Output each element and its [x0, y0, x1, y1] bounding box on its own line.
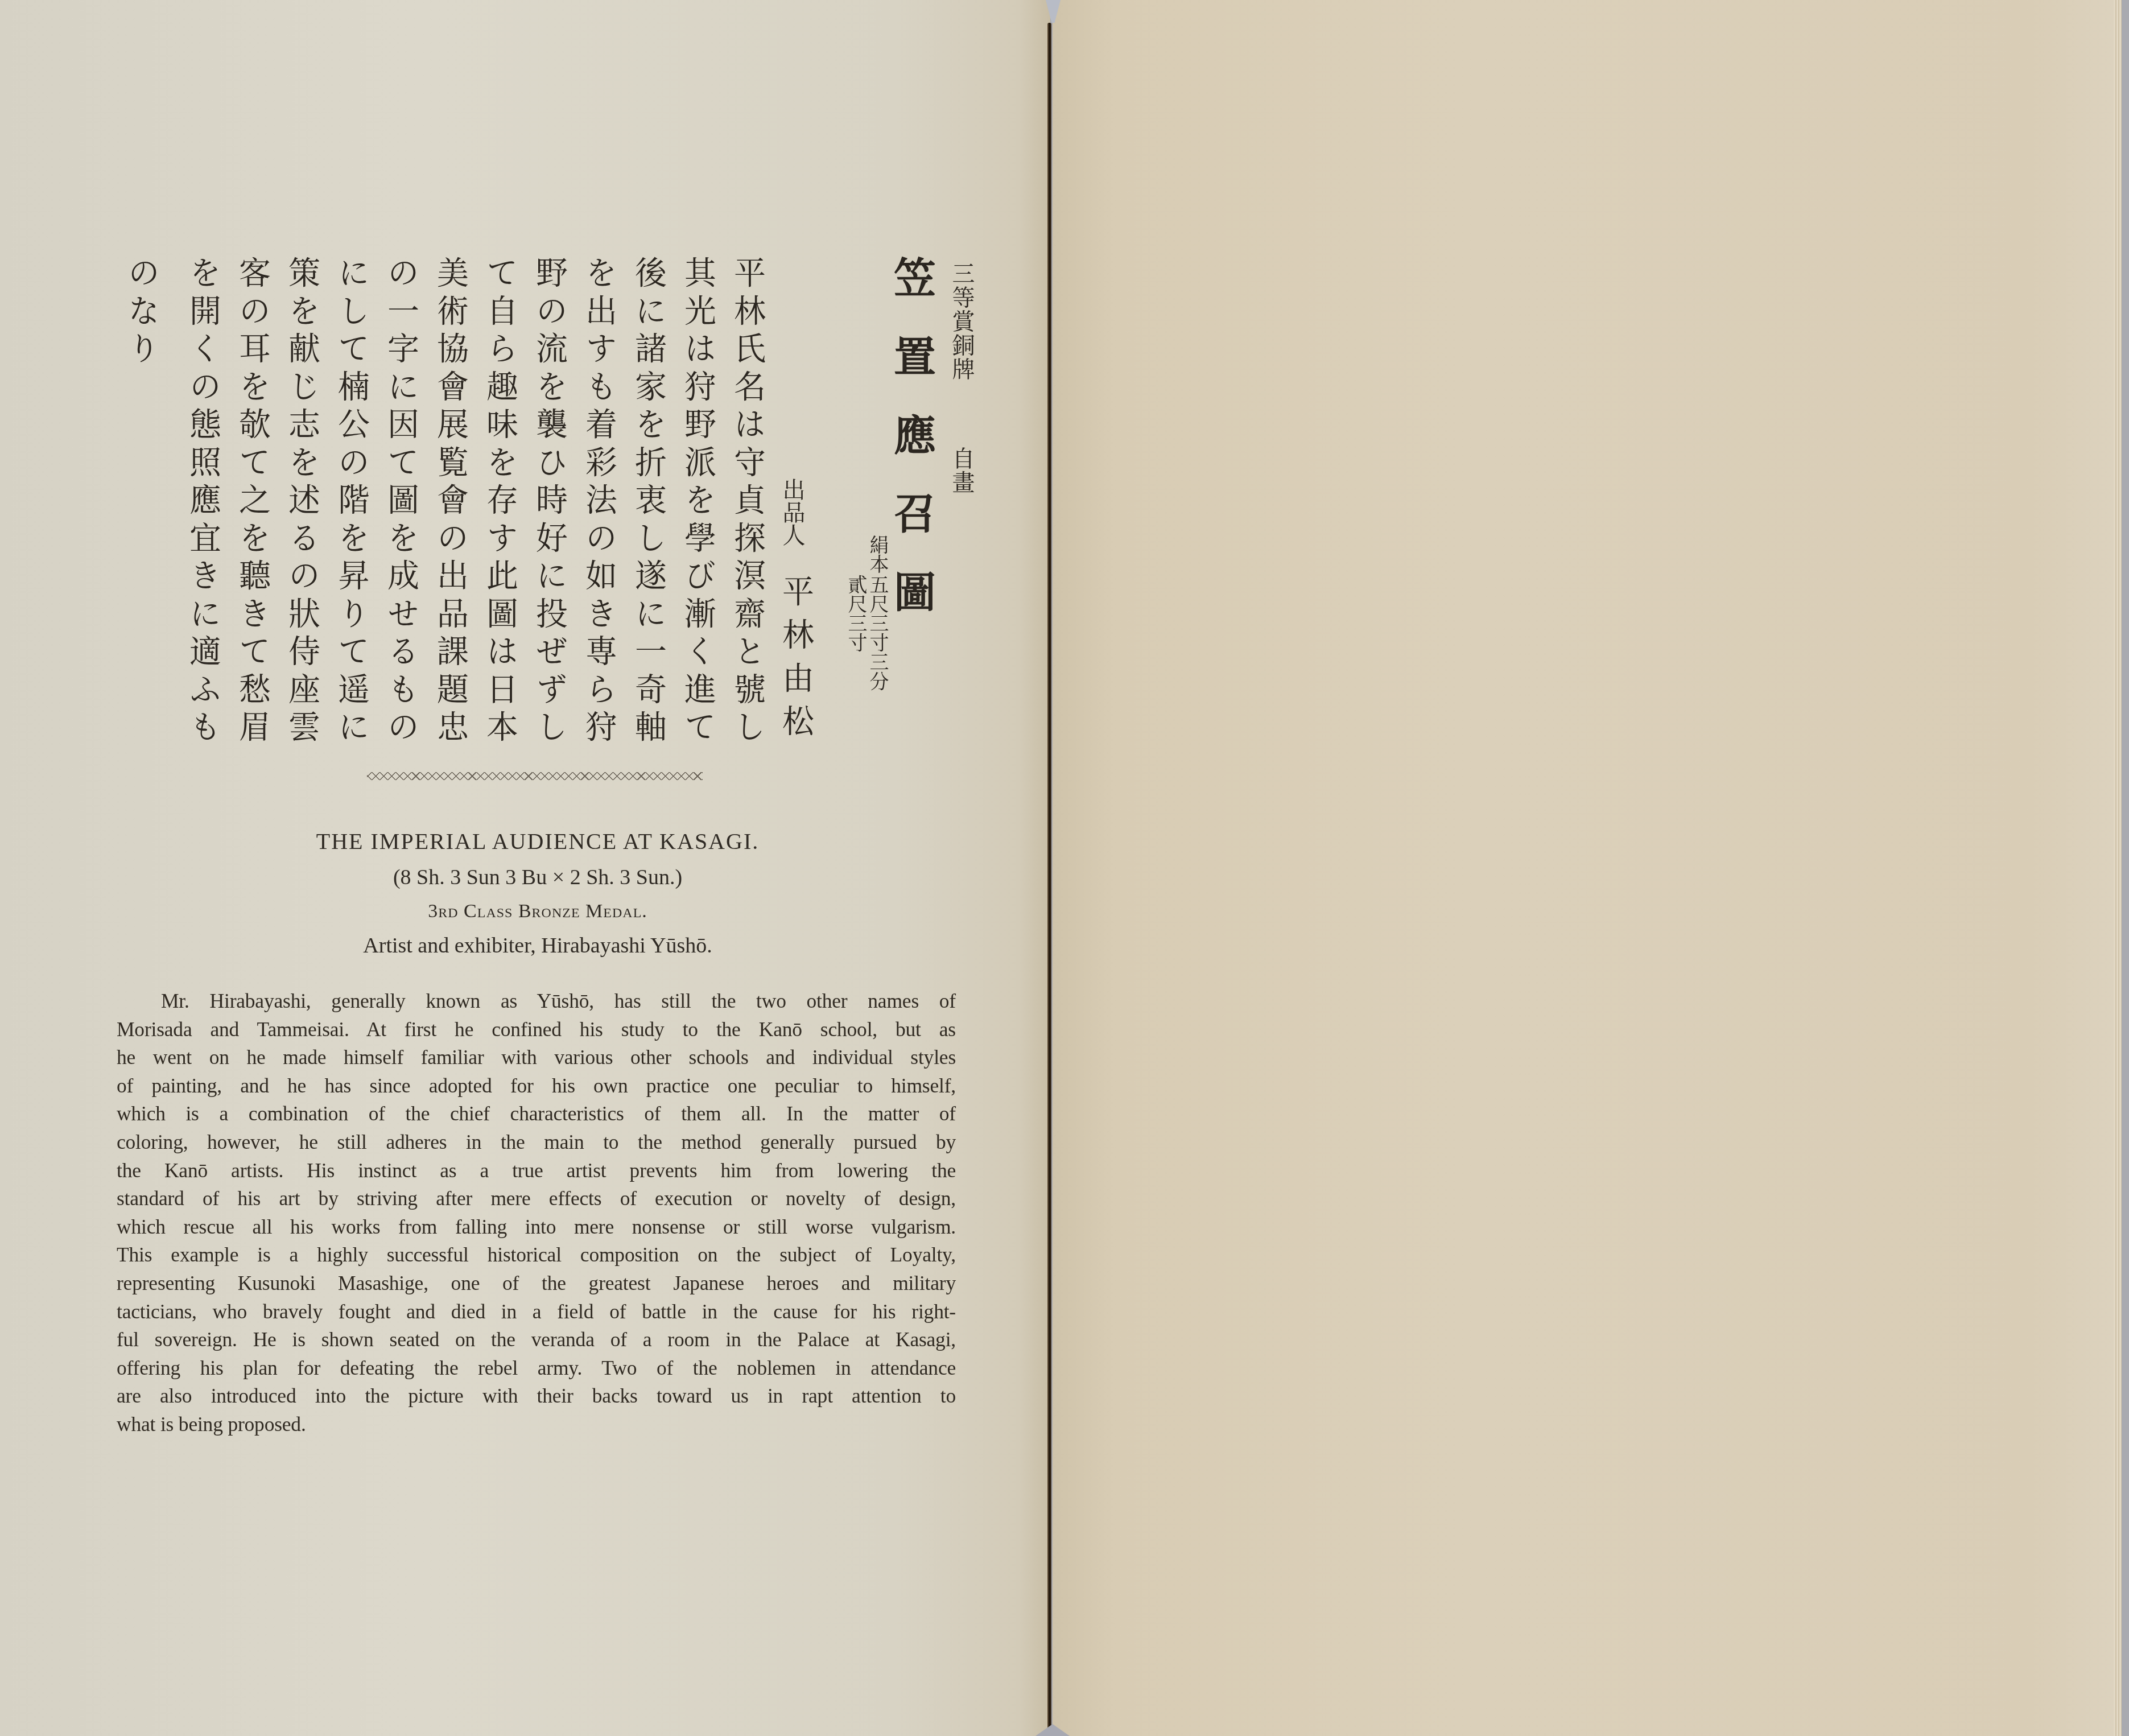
body-line: tacticians, who bravely fought and died …: [117, 1298, 956, 1326]
japanese-title: 笠置應召圖: [890, 256, 933, 649]
body-line: offering his plan for defeating the rebe…: [117, 1354, 956, 1383]
dimensions-line-1: 五尺三寸三分: [868, 575, 887, 691]
body-line: standard of his art by striving after me…: [117, 1185, 956, 1213]
jp-body-column: 美術協會展覧會の出品課題忠: [434, 256, 466, 748]
japanese-text-block: 三等賞銅牌 自畫 笠置應召圖 絹本 五尺三寸三分 貳尺三寸 出品人 平林由松 平…: [114, 256, 990, 768]
english-dimensions: (8 Sh. 3 Sun 3 Bu × 2 Sh. 3 Sun.): [114, 865, 962, 890]
body-line: he went on he made himself familiar with…: [117, 1044, 956, 1072]
body-line: ful sovereign. He is shown seated on the…: [117, 1326, 956, 1354]
body-line: This example is a highly successful hist…: [117, 1241, 956, 1269]
page-edges: [2114, 0, 2122, 1736]
body-line: what is being proposed.: [117, 1411, 956, 1439]
body-line: representing Kusunoki Masashige, one of …: [117, 1269, 956, 1298]
left-page: 三等賞銅牌 自畫 笠置應召圖 絹本 五尺三寸三分 貳尺三寸 出品人 平林由松 平…: [0, 0, 1050, 1736]
book-gutter: [1047, 23, 1051, 1730]
jp-body-column: 野の流を襲ひ時好に投ぜずし: [533, 256, 565, 748]
body-line: of painting, and he has since adopted fo…: [117, 1072, 956, 1100]
jp-body-column: のなり: [125, 256, 157, 370]
jp-body-column: 其光は狩野派を學び漸く進て: [682, 256, 713, 748]
artist-credit: Artist and exhibiter, Hirabayashi Yūshō.: [114, 933, 962, 958]
body-line: which rescue all his works from falling …: [117, 1213, 956, 1242]
english-title: THE IMPERIAL AUDIENCE AT KASAGI.: [114, 828, 962, 855]
award-medal: 3rd Class Bronze Medal.: [114, 901, 962, 922]
body-line: Mr. Hirabayashi, generally known as Yūsh…: [117, 987, 956, 1016]
jp-body-column: 平林氏名は守貞探溟齋と號し: [731, 256, 763, 748]
exhibitor-label: 出品人: [782, 478, 802, 546]
jp-body-column: 後に諸家を折衷し遂に一奇軸: [632, 256, 664, 748]
body-line: coloring, however, he still adheres in t…: [117, 1128, 956, 1157]
jp-body-column: にして楠公の階を昇りて遥に: [335, 256, 367, 748]
jp-body-column: 策を献じ志を述るの狀侍座雲: [286, 256, 317, 748]
english-description: Mr. Hirabayashi, generally known as Yūsh…: [117, 987, 956, 1439]
book-spread: 三等賞銅牌 自畫 笠置應召圖 絹本 五尺三寸三分 貳尺三寸 出品人 平林由松 平…: [0, 0, 2129, 1736]
jp-body-column: を出すも着彩法の如き専ら狩: [583, 256, 614, 748]
dimensions-line-2: 貳尺三寸: [846, 575, 865, 652]
jp-body-column: 客の耳を欹て之を聽きて愁眉: [236, 256, 268, 748]
jp-body-column: て自ら趣味を存す此圖は日本: [484, 256, 515, 748]
body-line: the Kanō artists. His instinct as a true…: [117, 1157, 956, 1185]
award-label: 三等賞銅牌: [950, 262, 973, 381]
jp-body-column: を開くの態照應宜きに適ふも: [187, 256, 218, 748]
right-page-blank: [1053, 0, 2116, 1736]
self-painted-label: 自畫: [950, 447, 973, 494]
exhibitor-name: 平林由松: [779, 575, 811, 748]
body-line: which is a combination of the chief char…: [117, 1100, 956, 1128]
medium-label: 絹本: [868, 535, 887, 574]
body-line: Morisada and Tammeisai. At first he conf…: [117, 1016, 956, 1044]
wavy-divider: [367, 772, 703, 780]
body-line: are also introduced into the picture wit…: [117, 1382, 956, 1411]
jp-body-column: の一字に因て圖を成せるもの: [385, 256, 416, 748]
